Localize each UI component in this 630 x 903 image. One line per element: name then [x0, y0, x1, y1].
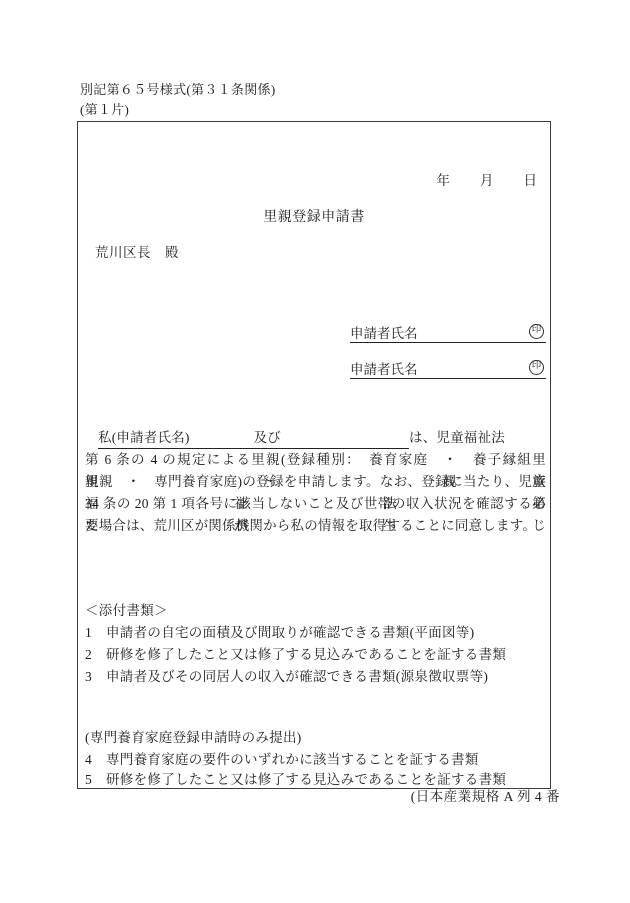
declaration-line-3: 里親 ・ 専門養育家庭)の登録を申請します。なお、登録に当たり、児童福祉法第 — [85, 471, 546, 493]
date-line: 年 月 日 — [437, 170, 539, 192]
attachment-item-1: 1申請者の自宅の面積及び間取りが確認できる書類(平面図等) — [85, 622, 546, 644]
special-item-4: 4専門養育家庭の要件のいずれかに該当することを証する書類 — [85, 749, 546, 771]
special-item-5-text: 研修を修了したこと又は修了する見込みであることを証する書類 — [106, 772, 506, 787]
form-border-box: 年 月 日 里親登録申請書 荒川区長 殿 申請者氏名 印 申請者氏名 印 私(申… — [77, 121, 551, 789]
applicant-name-field-2: 申請者氏名 印 — [350, 358, 546, 379]
special-item-4-number: 4 — [85, 749, 106, 771]
declaration-line-2: 第 6 条の 4 の規定による里親(登録種別： 養育家庭 ・ 養子縁組里親 ・ … — [85, 449, 546, 471]
name-blank-1 — [190, 441, 254, 442]
declaration-conjunction: 及び — [254, 430, 281, 445]
attachment-item-3-text: 申請者及びその同居人の収入が確認できる書類(源泉徴収票等) — [106, 669, 488, 684]
seal-mark-icon-1: 印 — [529, 324, 544, 339]
document-page: 別記第６５号様式(第３１条関係) (第１片) 年 月 日 里親登録申請書 荒川区… — [0, 0, 630, 903]
attachment-item-1-text: 申請者の自宅の面積及び間取りが確認できる書類(平面図等) — [106, 625, 474, 640]
attachment-item-2-text: 研修を修了したこと又は修了する見込みであることを証する書類 — [106, 647, 506, 662]
special-item-5-number: 5 — [85, 769, 106, 791]
applicant-name-label-1: 申請者氏名 — [350, 322, 418, 342]
sheet-number-line: (第１片) — [80, 100, 275, 120]
addressee-line: 荒川区長 殿 — [95, 242, 179, 264]
declaration-line-4: 34 条の 20 第 1 項各号に該当しないこと及び世帯の収入状況を確認する必要… — [85, 493, 546, 515]
name-blank-2 — [281, 441, 409, 442]
applicant-names-fill-line: 私(申請者氏名)及び — [98, 428, 409, 449]
applicant-name-label-2: 申請者氏名 — [350, 358, 418, 378]
attachment-item-3: 3申請者及びその同居人の収入が確認できる書類(源泉徴収票等) — [85, 666, 546, 688]
seal-mark-icon-2: 印 — [529, 360, 544, 375]
paper-size-note: (日本産業規格 A 列 4 番 — [411, 787, 560, 807]
declaration-suffix: は、児童福祉法 — [409, 430, 505, 445]
attachment-item-2: 2研修を修了したこと又は修了する見込みであることを証する書類 — [85, 644, 546, 666]
declaration-line-5: た場合は、荒川区が関係機関から私の情報を取得することに同意します。 — [85, 515, 546, 537]
applicant-name-field-1: 申請者氏名 印 — [350, 322, 546, 343]
attachment-item-3-number: 3 — [85, 666, 106, 688]
special-item-4-text: 専門養育家庭の要件のいずれかに該当することを証する書類 — [106, 752, 479, 767]
attachments-heading: ＜添付書類＞ — [85, 600, 546, 622]
form-style-note: 別記第６５号様式(第３１条関係) (第１片) — [80, 80, 275, 120]
special-section-heading: (専門養育家庭登録申請時のみ提出) — [85, 727, 546, 749]
declaration-prefix: 私(申請者氏名) — [98, 430, 190, 445]
attachment-item-2-number: 2 — [85, 644, 106, 666]
form-style-line: 別記第６５号様式(第３１条関係) — [80, 80, 275, 100]
attachment-item-1-number: 1 — [85, 622, 106, 644]
form-title: 里親登録申請書 — [78, 207, 550, 229]
declaration-line-1: 私(申請者氏名)及びは、児童福祉法 — [85, 427, 546, 449]
